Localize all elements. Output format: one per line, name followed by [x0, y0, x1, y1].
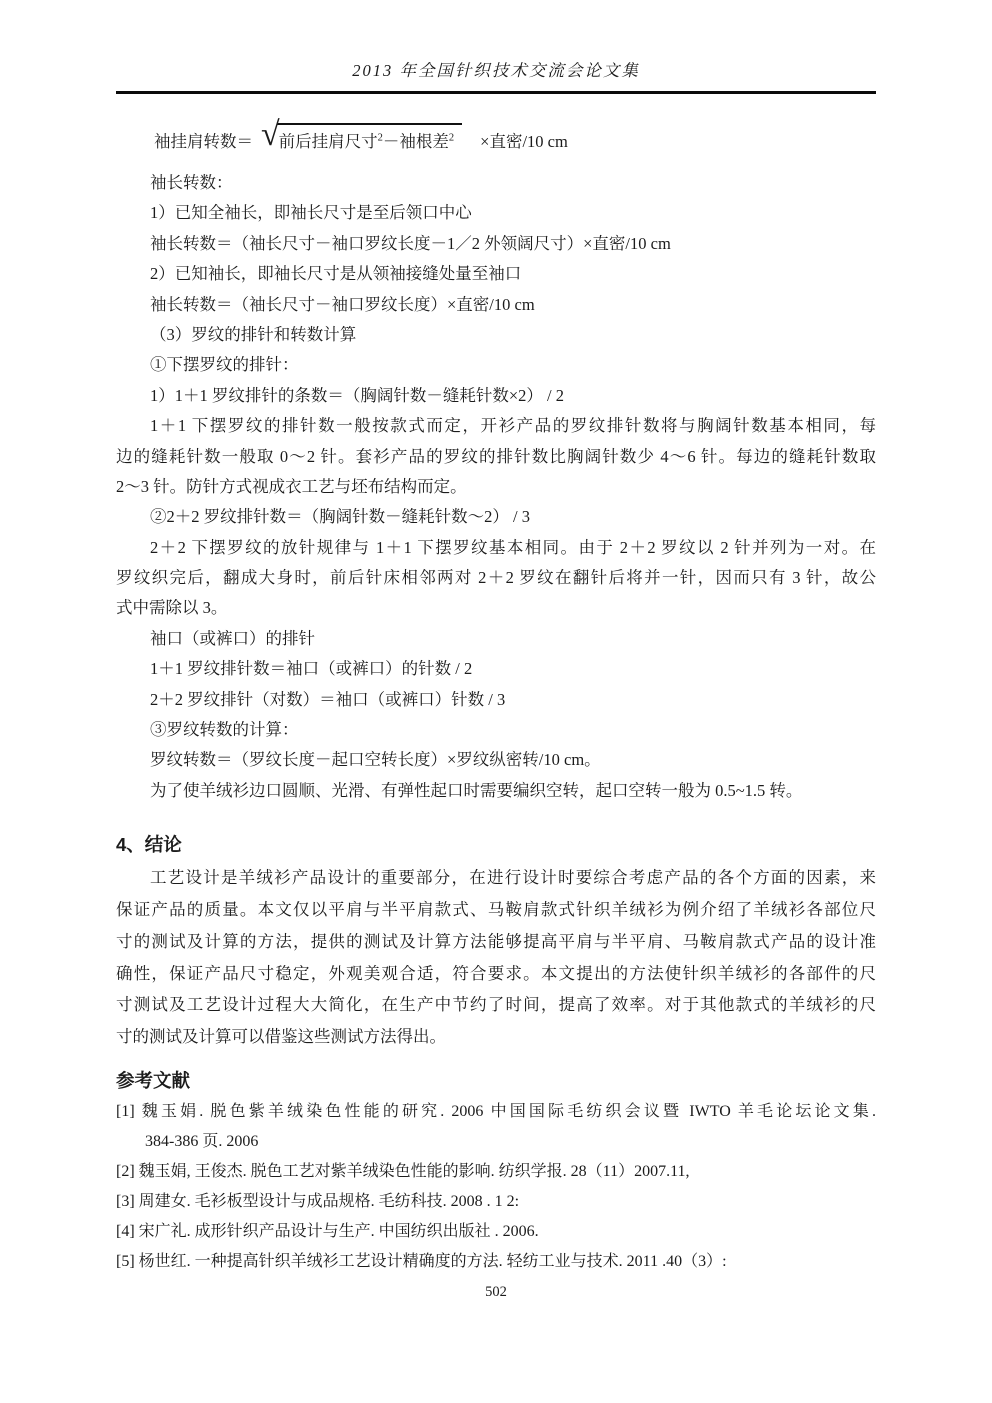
body-line: 1＋1 下摆罗纹的排针数一般按款式而定，开衫产品的罗纹排针数将与胸阔针数基本相同… [116, 411, 876, 441]
body-line: ②2＋2 罗纹排针数＝（胸阔针数－缝耗针数～2） / 3 [116, 502, 876, 532]
document-page: 2013 年全国针织技术交流会论文集 袖挂肩转数＝ √ 前后挂肩尺寸2－袖根差2… [0, 0, 992, 1403]
reference-item: [4] 宋广礼. 成形针织产品设计与生产. 中国纺织出版社 . 2006. [116, 1217, 876, 1247]
body-line: 为了使羊绒衫边口圆顺、光滑、有弹性起口时需要编织空转，起口空转一般为 0.5~1… [116, 776, 876, 806]
formula-lhs: 袖挂肩转数＝ [154, 128, 253, 152]
body-line: 袖长转数： [116, 168, 876, 198]
reference-item: [2] 魏玉娟, 王俊杰. 脱色工艺对紫羊绒染色性能的影响. 纺织学报. 28（… [116, 1157, 876, 1187]
section-heading-references: 参考文献 [116, 1067, 876, 1094]
radicand: 前后挂肩尺寸2－袖根差2 [277, 123, 463, 152]
body-line: 袖长转数＝（袖长尺寸－袖口罗纹长度）×直密/10 cm [116, 290, 876, 320]
running-header-title: 2013 年全国针织技术交流会论文集 [116, 60, 876, 82]
body-line: 2～3 针。防针方式视成衣工艺与坯布结构而定。 [116, 472, 876, 502]
conclusion-line: 工艺设计是羊绒衫产品设计的重要部分，在进行设计时要综合考虑产品的各个方面的因素，… [116, 862, 876, 894]
body-line: 1＋1 罗纹排针数＝袖口（或裤口）的针数 / 2 [116, 654, 876, 684]
radicand-term-b-exponent: 2 [449, 133, 454, 144]
square-root-expression: √ 前后挂肩尺寸2－袖根差2 [261, 123, 462, 157]
body-line: 1）已知全袖长，即袖长尺寸是至后领口中心 [116, 198, 876, 228]
reference-item-continuation: 384-386 页. 2006 [116, 1127, 876, 1157]
radical-sign-icon: √ [261, 118, 280, 152]
radicand-term-a: 前后挂肩尺寸 [279, 132, 378, 151]
body-line: 2）已知袖长，即袖长尺寸是从领袖接缝处量至袖口 [116, 259, 876, 289]
radicand-term-b: －袖根差 [383, 132, 449, 151]
body-line: 2＋2 下摆罗纹的放针规律与 1＋1 下摆罗纹基本相同。由于 2＋2 罗纹以 2… [116, 533, 876, 563]
reference-item: [5] 杨世红. 一种提高针织羊绒衫工艺设计精确度的方法. 轻纺工业与技术. 2… [116, 1247, 876, 1277]
page-footer: 502 [116, 1281, 876, 1303]
page-number: 502 [485, 1281, 507, 1303]
running-header: 2013 年全国针织技术交流会论文集 [116, 0, 876, 94]
formula-sleeve-armhole-courses: 袖挂肩转数＝ √ 前后挂肩尺寸2－袖根差2 ×直密/10 cm [116, 116, 876, 164]
reference-item: [3] 周建女. 毛衫板型设计与成品规格. 毛纺科技. 2008 . 1 2: [116, 1187, 876, 1217]
page-content: 袖挂肩转数＝ √ 前后挂肩尺寸2－袖根差2 ×直密/10 cm 袖长转数： 1）… [116, 116, 876, 1303]
body-line: 袖长转数＝（袖长尺寸－袖口罗纹长度－1／2 外领阔尺寸）×直密/10 cm [116, 229, 876, 259]
conclusion-line: 保证产品的质量。本文仅以平肩与半平肩款式、马鞍肩款式针织羊绒衫为例介绍了羊绒衫各… [116, 894, 876, 926]
body-line: ①下摆罗纹的排针： [116, 350, 876, 380]
references-list: [1] 魏玉娟. 脱色紫羊绒染色性能的研究. 2006 中国国际毛纺织会议暨 I… [116, 1097, 876, 1277]
conclusion-line: 寸的测试及计算的方法，提供的测试及计算方法能够提高平肩与半平肩、马鞍肩款式产品的… [116, 926, 876, 958]
body-line: ③罗纹转数的计算： [116, 715, 876, 745]
reference-item: [1] 魏玉娟. 脱色紫羊绒染色性能的研究. 2006 中国国际毛纺织会议暨 I… [116, 1097, 876, 1127]
body-line: 罗纹转数＝（罗纹长度－起口空转长度）×罗纹纵密转/10 cm。 [116, 745, 876, 775]
formula-rhs: ×直密/10 cm [480, 128, 568, 152]
body-line: 边的缝耗针数一般取 0～2 针。套衫产品的罗纹的排针数比胸阔针数少 4～6 针。… [116, 442, 876, 472]
section-heading-conclusion: 4、结论 [116, 831, 876, 858]
conclusion-paragraph: 工艺设计是羊绒衫产品设计的重要部分，在进行设计时要综合考虑产品的各个方面的因素，… [116, 862, 876, 1053]
body-line: （3）罗纹的排针和转数计算 [116, 320, 876, 350]
body-line: 罗纹织完后，翻成大身时，前后针床相邻两对 2＋2 罗纹在翻针后将并一针，因而只有… [116, 563, 876, 593]
body-line: 1）1＋1 罗纹排针的条数＝（胸阔针数－缝耗针数×2） / 2 [116, 381, 876, 411]
body-text-block: 袖长转数： 1）已知全袖长，即袖长尺寸是至后领口中心 袖长转数＝（袖长尺寸－袖口… [116, 168, 876, 806]
conclusion-line: 寸的测试及计算可以借鉴这些测试方法得出。 [116, 1021, 876, 1053]
body-line: 袖口（或裤口）的排针 [116, 624, 876, 654]
body-line: 2＋2 罗纹排针（对数）＝袖口（或裤口）针数 / 3 [116, 685, 876, 715]
body-line: 式中需除以 3。 [116, 593, 876, 623]
conclusion-line: 寸测试及工艺设计过程大大简化，在生产中节约了时间，提高了效率。对于其他款式的羊绒… [116, 989, 876, 1021]
conclusion-line: 确性，保证产品尺寸稳定，外观美观合适，符合要求。本文提出的方法使针织羊绒衫的各部… [116, 958, 876, 990]
